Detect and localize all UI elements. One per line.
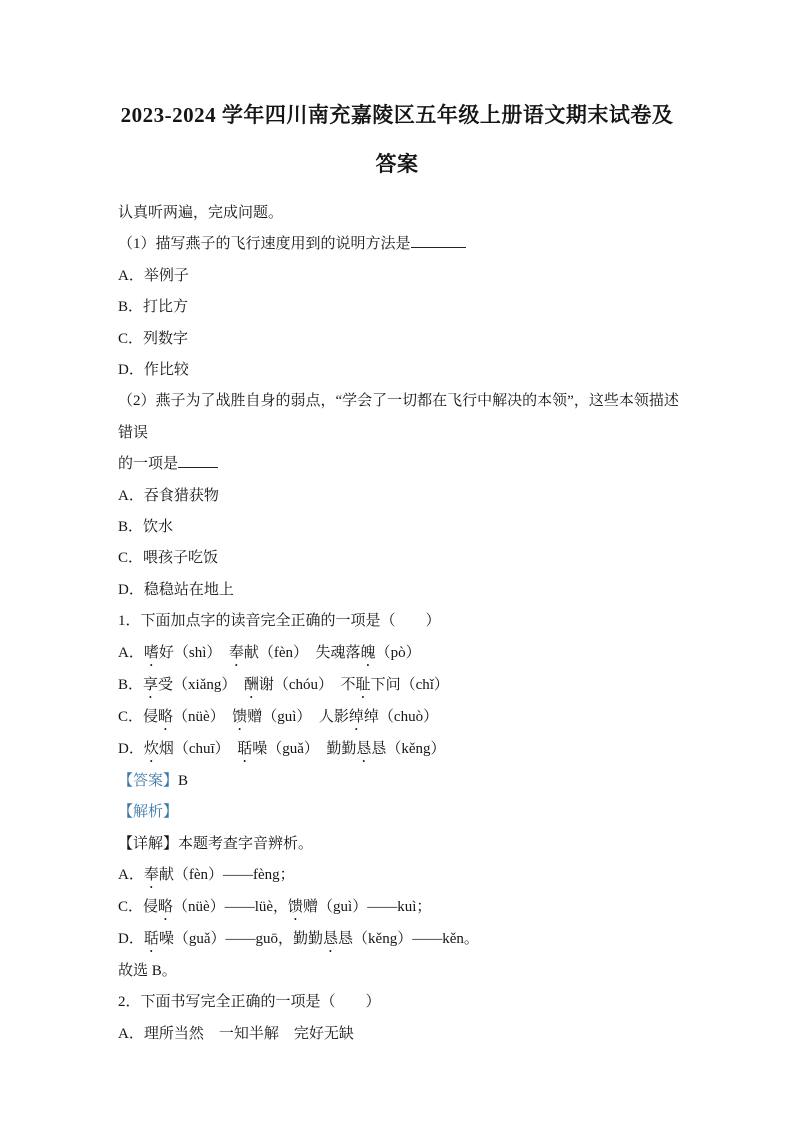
text-run: A．举例子 xyxy=(118,268,189,284)
paragraph: D．炊烟（chuī） 聒噪（guǎ） 勤勤恳恳（kěng） xyxy=(118,734,684,766)
emphasized-character: 耻 xyxy=(356,677,371,693)
emphasized-character: 馈 xyxy=(288,899,303,915)
paragraph: 认真听两遍，完成问题。 xyxy=(118,198,684,229)
paragraph: 【答案】B xyxy=(118,766,684,797)
text-run: （nüè） xyxy=(173,709,232,725)
text-run: D． xyxy=(118,741,144,757)
title-line-1: 2023-2024 学年四川南充嘉陵区五年级上册语文期末试卷及 xyxy=(110,91,684,140)
text-run: B．饮水 xyxy=(118,519,173,535)
paragraph: D．稳稳站在地上 xyxy=(118,575,684,606)
paragraph: A．奉献（fèn）——fèng； xyxy=(118,860,684,892)
text-run: 故选 B。 xyxy=(118,963,177,979)
answer-blank xyxy=(411,233,466,248)
answer-label: 【答案】 xyxy=(118,773,178,789)
text-run: C．喂孩子吃饭 xyxy=(118,550,218,566)
emphasized-character: 恳 xyxy=(323,931,338,947)
text-run: D．稳稳站在地上 xyxy=(118,582,234,598)
text-run: （pò） xyxy=(376,645,421,661)
text-run: 献（fèn）——fèng； xyxy=(159,867,295,883)
emphasized-character: 炊 xyxy=(144,741,159,757)
emphasized-character: 嗜 xyxy=(144,645,159,661)
paragraph: 【解析】 xyxy=(118,797,684,828)
paragraph: D．聒噪（guǎ）——guō，勤勤恳恳（kěng）——kěn。 xyxy=(118,924,684,956)
emphasized-character: 奉 xyxy=(144,867,159,883)
emphasized-character: 奉 xyxy=(229,645,244,661)
text-run: 恳（kěng） xyxy=(371,741,445,757)
paragraph: B．享受（xiǎng） 酬谢（chóu） 不耻下问（chǐ） xyxy=(118,670,684,702)
text-run: C．侵 xyxy=(118,709,158,725)
text-run: 献（fèn） 失魂落 xyxy=(244,645,361,661)
emphasized-character: 略 xyxy=(158,709,173,725)
text-run: A． xyxy=(118,645,144,661)
document-title: 2023-2024 学年四川南充嘉陵区五年级上册语文期末试卷及 答案 xyxy=(110,91,684,189)
text-run: 绰（chuò） xyxy=(364,709,438,725)
text-run: 下问（chǐ） xyxy=(371,677,449,693)
answer-label: 【解析】 xyxy=(118,804,178,820)
text-run: D．作比较 xyxy=(118,362,189,378)
text-run: 噪（guǎ） 勤勤 xyxy=(252,741,356,757)
text-run: B． xyxy=(118,677,143,693)
text-run: C．侵 xyxy=(118,899,158,915)
text-run: 赠（guì） 人影 xyxy=(247,709,349,725)
text-run: （2）燕子为了战胜自身的弱点，“学会了一切都在飞行中解决的本领”，这些本领描述错… xyxy=(118,393,679,440)
document-page: 2023-2024 学年四川南充嘉陵区五年级上册语文期末试卷及 答案 认真听两遍… xyxy=(0,0,793,1122)
paragraph: 2．下面书写完全正确的一项是（ ） xyxy=(118,987,684,1018)
text-run: 的一项是 xyxy=(118,456,178,472)
paragraph: B．打比方 xyxy=(118,292,684,323)
emphasized-character: 聒 xyxy=(144,931,159,947)
text-run: A． xyxy=(118,867,144,883)
text-run: A．理所当然 一知半解 完好无缺 xyxy=(118,1026,354,1042)
text-run: 认真听两遍，完成问题。 xyxy=(118,205,283,221)
paragraph: 1．下面加点字的读音完全正确的一项是（ ） xyxy=(118,606,684,637)
text-run: C．列数字 xyxy=(118,331,188,347)
paragraph: C．喂孩子吃饭 xyxy=(118,543,684,574)
text-run: 噪（guǎ）——guō，勤勤 xyxy=(159,931,323,947)
text-run: 2．下面书写完全正确的一项是（ ） xyxy=(118,994,381,1010)
emphasized-character: 享 xyxy=(143,677,158,693)
text-run: 受（xiǎng） xyxy=(158,677,244,693)
paragraph: A．嗜好（shì） 奉献（fèn） 失魂落魄（pò） xyxy=(118,638,684,670)
text-run: （1）描写燕子的飞行速度用到的说明方法是 xyxy=(118,236,411,252)
text-run: 烟（chuī） xyxy=(159,741,237,757)
emphasized-character: 绰 xyxy=(349,709,364,725)
emphasized-character: 恳 xyxy=(356,741,371,757)
paragraph: （1）描写燕子的飞行速度用到的说明方法是 xyxy=(118,229,684,260)
text-run: （nüè）——lüè， xyxy=(173,899,288,915)
answer-blank xyxy=(178,453,218,468)
paragraph: B．饮水 xyxy=(118,512,684,543)
paragraph: 故选 B。 xyxy=(118,956,684,987)
text-run: 赠（guì）——kuì； xyxy=(303,899,431,915)
paragraph: 【详解】本题考查字音辨析。 xyxy=(118,829,684,860)
paragraph: D．作比较 xyxy=(118,355,684,386)
paragraph: C．列数字 xyxy=(118,324,684,355)
text-run: B xyxy=(178,773,188,789)
paragraph: C．侵略（nüè）——lüè，馈赠（guì）——kuì； xyxy=(118,892,684,924)
text-run: B．打比方 xyxy=(118,299,188,315)
emphasized-character: 馈 xyxy=(232,709,247,725)
title-line-2: 答案 xyxy=(110,140,684,189)
paragraph: A．举例子 xyxy=(118,261,684,292)
paragraph: A．理所当然 一知半解 完好无缺 xyxy=(118,1019,684,1050)
text-run: A．吞食猎获物 xyxy=(118,488,219,504)
emphasized-character: 酬 xyxy=(244,677,259,693)
paragraph: （2）燕子为了战胜自身的弱点，“学会了一切都在飞行中解决的本领”，这些本领描述错… xyxy=(118,386,684,449)
text-run: 谢（chóu） 不 xyxy=(259,677,356,693)
text-run: 恳（kěng）——kěn。 xyxy=(338,931,479,947)
emphasized-character: 魄 xyxy=(361,645,376,661)
emphasized-character: 聒 xyxy=(237,741,252,757)
paragraph: C．侵略（nüè） 馈赠（guì） 人影绰绰（chuò） xyxy=(118,702,684,734)
text-run: 好（shì） xyxy=(159,645,229,661)
text-run: D． xyxy=(118,931,144,947)
emphasized-character: 略 xyxy=(158,899,173,915)
paragraph: 的一项是 xyxy=(118,449,684,480)
paragraph: A．吞食猎获物 xyxy=(118,481,684,512)
document-body: 认真听两遍，完成问题。（1）描写燕子的飞行速度用到的说明方法是A．举例子B．打比… xyxy=(118,198,684,1050)
text-run: 1．下面加点字的读音完全正确的一项是（ ） xyxy=(118,613,441,629)
text-run: 【详解】本题考查字音辨析。 xyxy=(118,836,313,852)
